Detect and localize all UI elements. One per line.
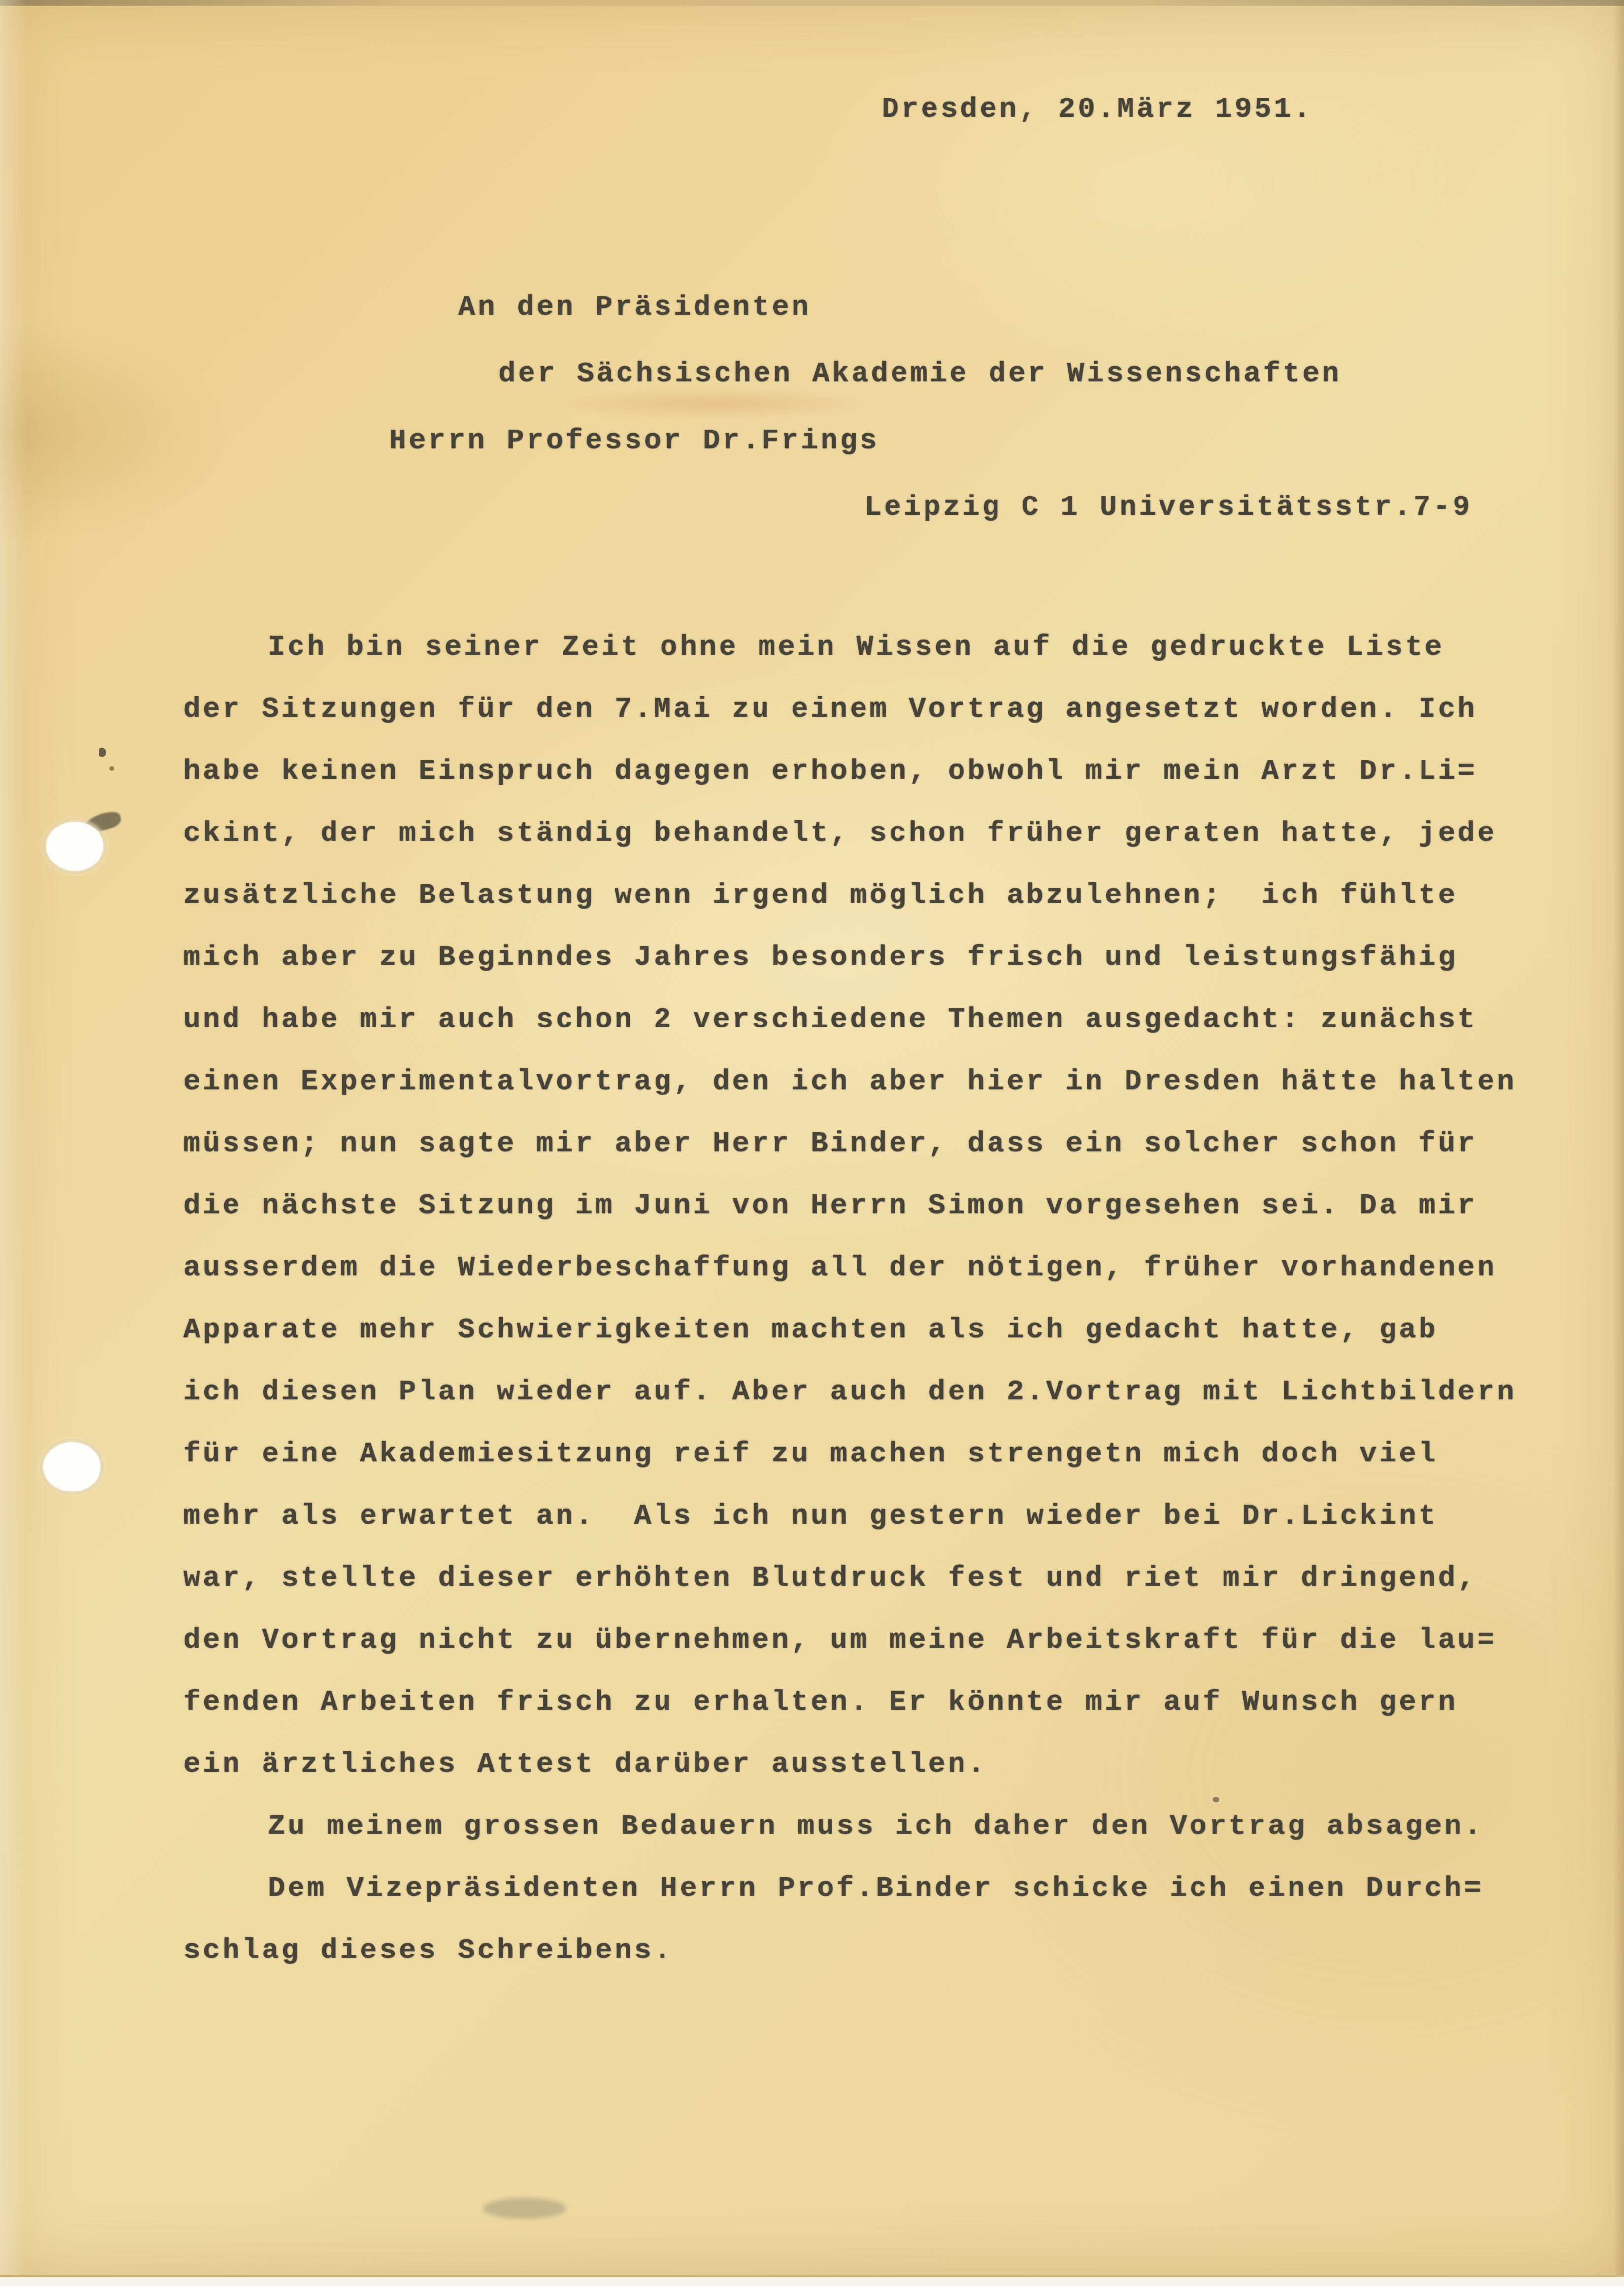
body-line: Dem Vizepräsidenten Herrn Prof.Binder sc… (183, 1858, 1562, 1920)
body-line: Ich bin seiner Zeit ohne mein Wissen auf… (183, 617, 1562, 679)
recipient-line-1: An den Präsidenten (458, 292, 811, 324)
body-line: der Sitzungen für den 7.Mai zu einem Vor… (183, 679, 1562, 741)
punch-hole-top (46, 822, 103, 871)
body-line: fenden Arbeiten frisch zu erhalten. Er k… (183, 1672, 1562, 1734)
body-line: ckint, der mich ständig behandelt, schon… (183, 803, 1562, 865)
recipient-line-3: Herrn Professor Dr.Frings (389, 425, 879, 457)
recipient-line-4: Leipzig C 1 Universitätsstr.7-9 (864, 492, 1472, 524)
scanner-bottom-strip (0, 2277, 1624, 2286)
body-line: schlag dieses Schreibens. (183, 1920, 1562, 1982)
body-line: mehr als erwartet an. Als ich nun gester… (183, 1486, 1562, 1548)
recipient-line-2: der Sächsischen Akademie der Wissenschaf… (498, 358, 1342, 390)
paper-right-edge-shadow (1613, 0, 1624, 2275)
body-line: Zu meinem grossen Bedauern muss ich dahe… (183, 1796, 1562, 1858)
faded-red-stain (552, 388, 877, 419)
body-line: zusätzliche Belastung wenn irgend möglic… (183, 865, 1562, 927)
letter-body: Ich bin seiner Zeit ohne mein Wissen auf… (183, 617, 1562, 1982)
body-line: ein ärztliches Attest darüber ausstellen… (183, 1734, 1562, 1796)
body-line: ich diesen Plan wieder auf. Aber auch de… (183, 1361, 1562, 1424)
body-line: mich aber zu Beginndes Jahres besonders … (183, 927, 1562, 989)
body-line: und habe mir auch schon 2 verschiedene T… (183, 989, 1562, 1051)
letter-page: Dresden, 20.März 1951. An den Präsidente… (0, 0, 1624, 2277)
paper-left-edge-highlight (0, 0, 27, 2275)
punch-hole-bottom (43, 1442, 100, 1491)
body-line: müssen; nun sagte mir aber Herr Binder, … (183, 1113, 1562, 1175)
paper-top-edge-shadow (0, 0, 1624, 6)
body-line: für eine Akademiesitzung reif zu machen … (183, 1424, 1562, 1486)
scanner-background: Dresden, 20.März 1951. An den Präsidente… (0, 0, 1624, 2286)
body-line: ausserdem die Wiederbeschaffung all der … (183, 1237, 1562, 1299)
body-line: die nächste Sitzung im Juni von Herrn Si… (183, 1175, 1562, 1237)
ink-speck (99, 748, 106, 757)
body-line: den Vortrag nicht zu übernehmen, um mein… (183, 1610, 1562, 1672)
body-line: einen Experimentalvortrag, den ich aber … (183, 1051, 1562, 1113)
body-line: habe keinen Einspruch dagegen erhoben, o… (183, 741, 1562, 803)
pencil-smudge (483, 2198, 566, 2219)
body-line: Apparate mehr Schwierigkeiten machten al… (183, 1299, 1562, 1361)
body-line: war, stellte dieser erhöhten Blutdruck f… (183, 1548, 1562, 1610)
dateline: Dresden, 20.März 1951. (882, 94, 1313, 126)
paper-speck (109, 766, 114, 771)
